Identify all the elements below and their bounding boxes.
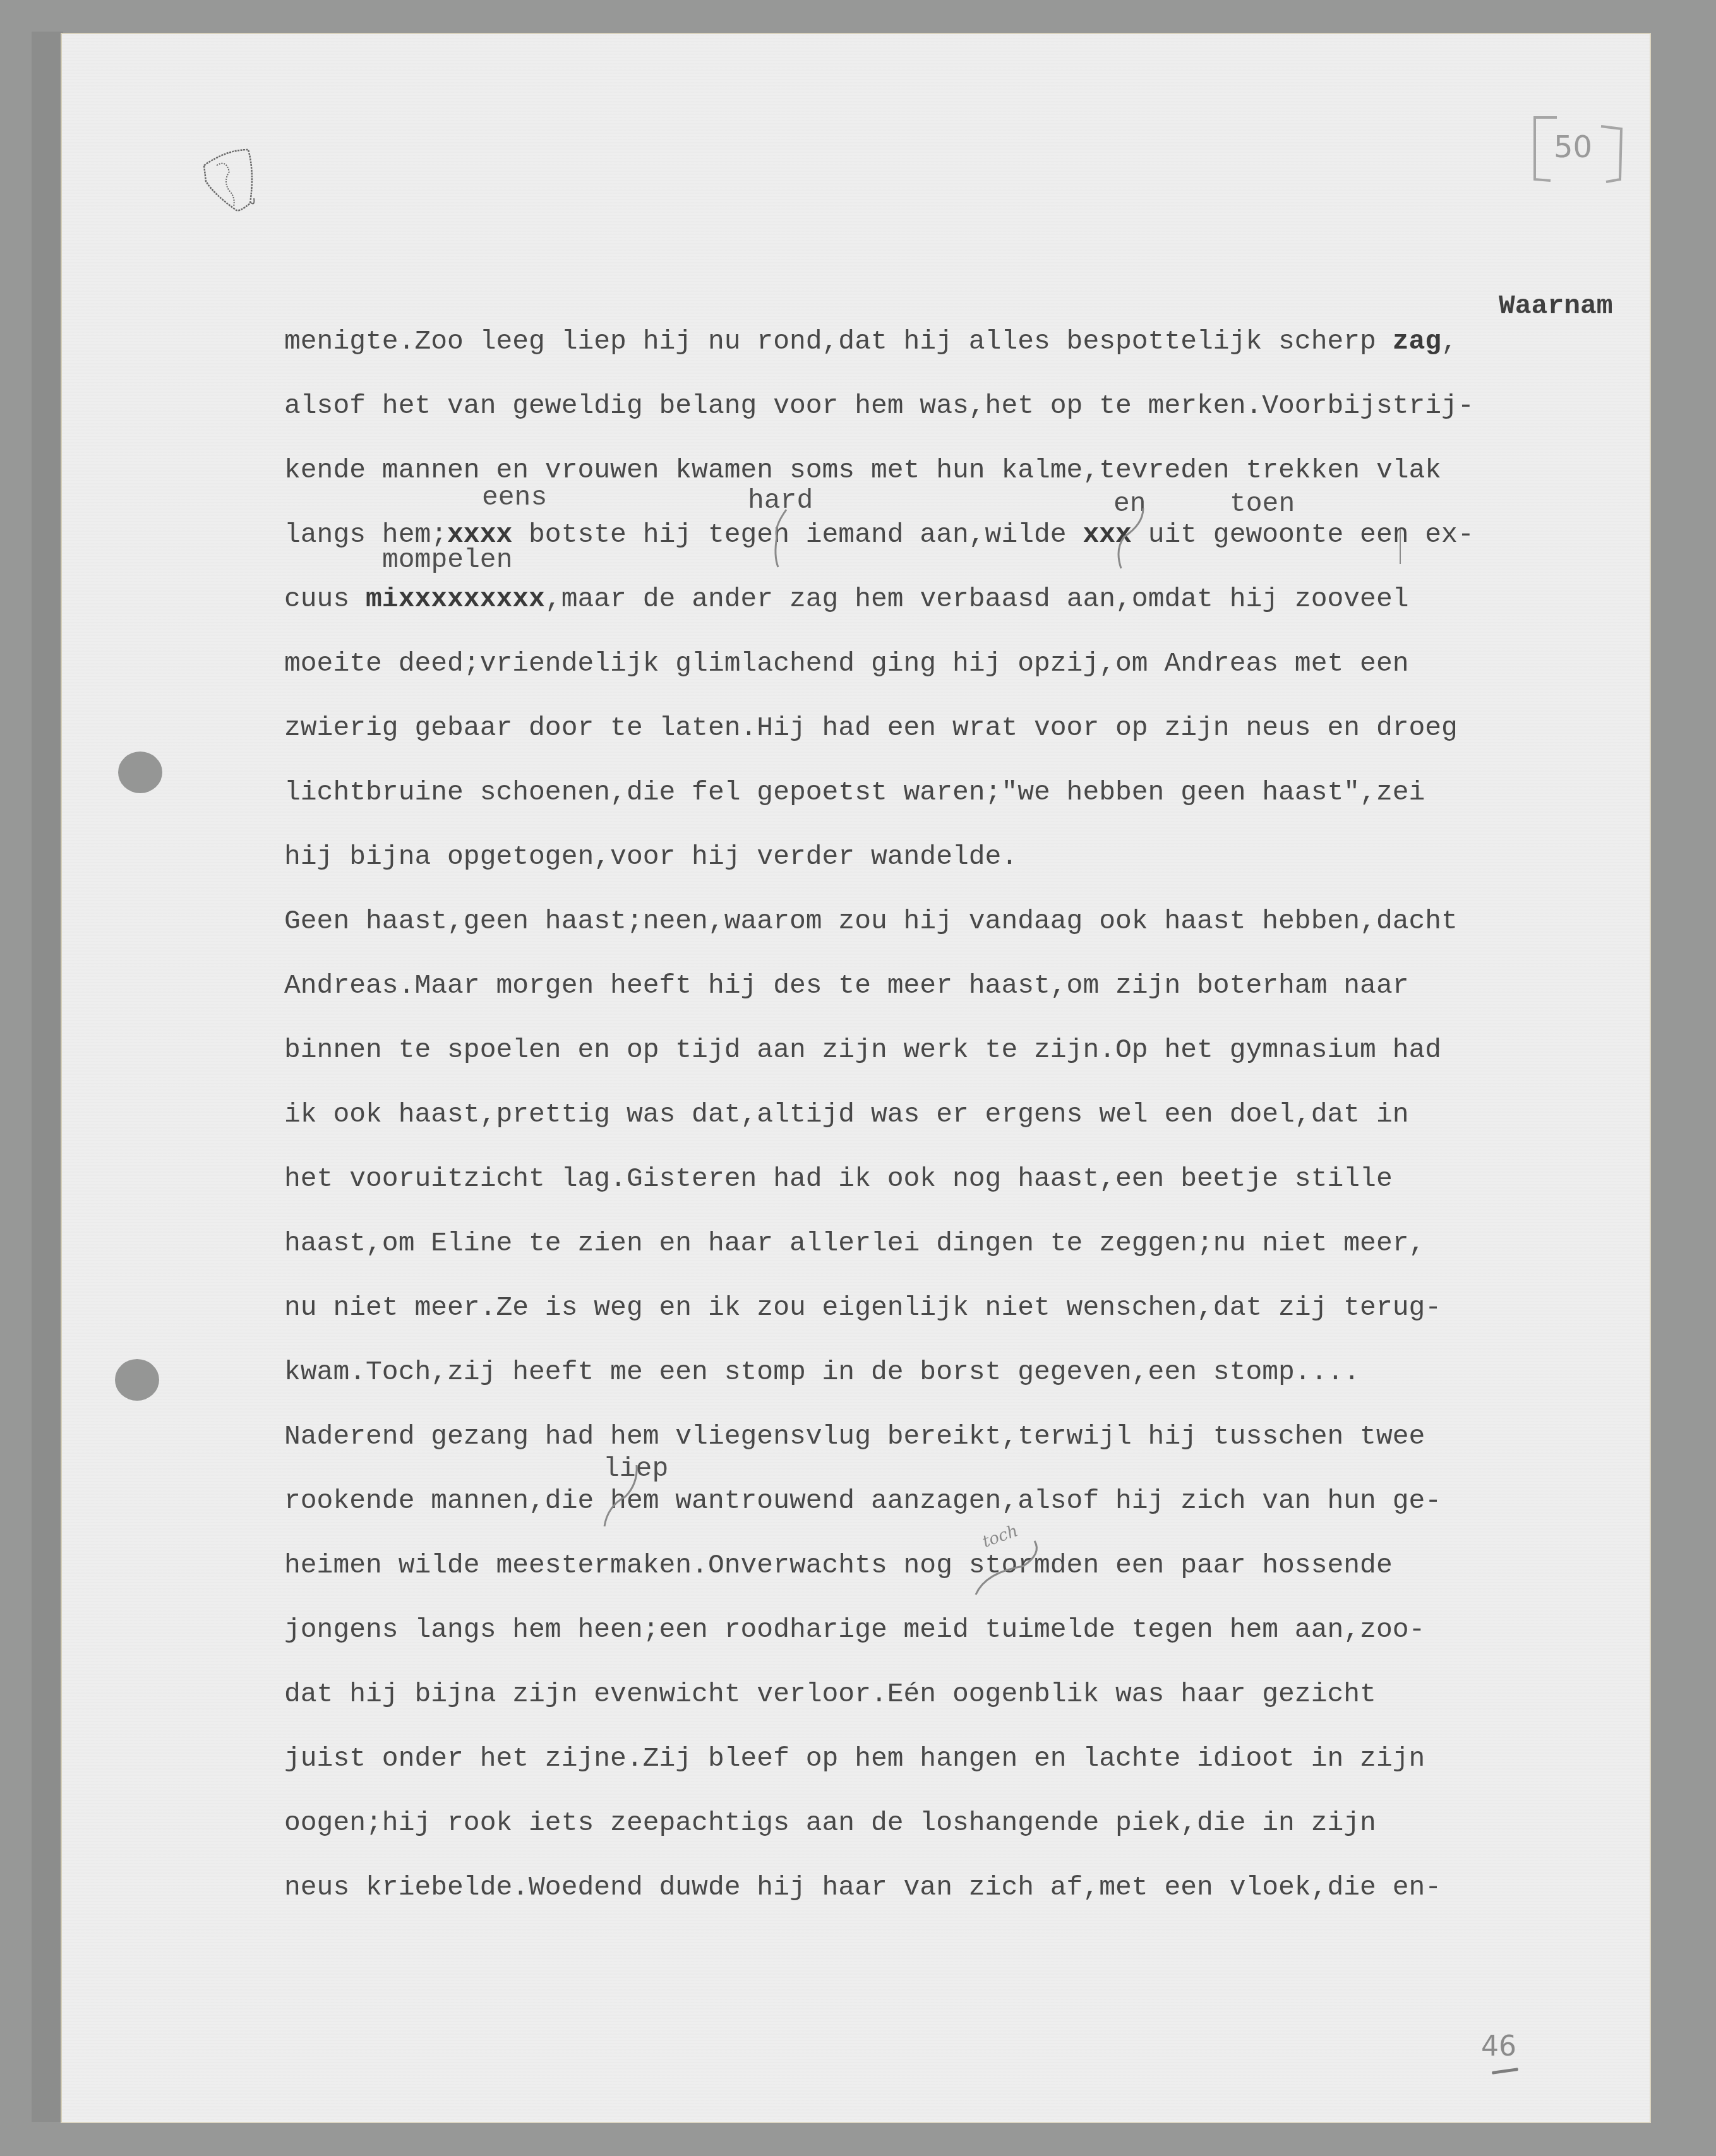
line-text: , (1441, 326, 1458, 357)
punch-hole-top (118, 752, 162, 793)
line-text: kwam.Toch,zij heeft me een stomp in de b… (284, 1356, 1360, 1387)
typed-line: cuus mixxxxxxxxx,maar de ander zag hem v… (284, 584, 1409, 615)
typed-line: neus kriebelde.Woedend duwde hij haar va… (284, 1872, 1441, 1903)
line-text: lichtbruine schoenen,die fel gepoetst wa… (284, 777, 1425, 808)
interlinear-liep: liep (603, 1453, 668, 1485)
struck-out-text: xxx (1083, 519, 1131, 550)
struck-out-text: mixxxxxxxxx (366, 584, 545, 614)
typed-line: moeite deed;vriendelijk glimlachend ging… (284, 648, 1409, 680)
line-text: binnen te spoelen en op tijd aan zijn we… (284, 1034, 1441, 1065)
shield-stamp-icon (201, 147, 258, 213)
interlinear-hard: hard (748, 485, 813, 517)
typed-line: Naderend gezang had hem vliegensvlug ber… (284, 1421, 1425, 1452)
scanner-background (32, 32, 63, 2122)
typed-line: hij bijna opgetogen,voor hij verder wand… (284, 841, 1017, 873)
line-text: heimen wilde meestermaken.Onverwachts no… (284, 1550, 1393, 1581)
line-text: menigte.Zoo leeg liep hij nu rond,dat hi… (284, 326, 1393, 357)
typed-line: juist onder het zijne.Zij bleef op hem h… (284, 1743, 1425, 1775)
interlinear-waarnam: Waarnam (1499, 290, 1613, 322)
interlinear-en: en (1113, 488, 1146, 520)
line-text: ,maar de ander zag hem verbaasd aan,omda… (545, 584, 1409, 614)
line-text: uit gewoonte een ex- (1132, 519, 1474, 550)
folio-number: 46 (1481, 2030, 1516, 2063)
typed-line: alsof het van geweldig belang voor hem w… (284, 390, 1474, 422)
line-text: langs hem; (284, 519, 447, 550)
archive-page-number: 50 (1554, 129, 1592, 165)
line-text: alsof het van geweldig belang voor hem w… (284, 390, 1474, 421)
line-text: rookende mannen,die hem wantrouwend aanz… (284, 1485, 1441, 1516)
typed-line: binnen te spoelen en op tijd aan zijn we… (284, 1034, 1441, 1066)
typed-line: rookende mannen,die hem wantrouwend aanz… (284, 1485, 1441, 1517)
line-text: kende mannen en vrouwen kwamen soms met … (284, 455, 1441, 486)
line-text: het vooruitzicht lag.Gisteren had ik ook… (284, 1163, 1393, 1194)
struck-out-text: xxxx (447, 519, 512, 550)
line-text: hij bijna opgetogen,voor hij verder wand… (284, 841, 1017, 872)
typed-line: kende mannen en vrouwen kwamen soms met … (284, 455, 1441, 486)
typed-line: haast,om Eline te zien en haar allerlei … (284, 1228, 1425, 1259)
interlinear-toen: toen (1230, 488, 1295, 520)
typed-line: lichtbruine schoenen,die fel gepoetst wa… (284, 777, 1425, 808)
typed-line: zwierig gebaar door te laten.Hij had een… (284, 712, 1458, 744)
line-text: ik ook haast,prettig was dat,altijd was … (284, 1099, 1409, 1130)
typed-line: ik ook haast,prettig was dat,altijd was … (284, 1099, 1409, 1130)
typed-line: Andreas.Maar morgen heeft hij des te mee… (284, 970, 1409, 1002)
typed-line: heimen wilde meestermaken.Onverwachts no… (284, 1550, 1393, 1581)
line-text: oogen;hij rook iets zeepachtigs aan de l… (284, 1807, 1376, 1838)
line-text: Naderend gezang had hem vliegensvlug ber… (284, 1421, 1425, 1452)
typed-line: menigte.Zoo leeg liep hij nu rond,dat hi… (284, 326, 1458, 357)
line-text: Geen haast,geen haast;neen,waarom zou hi… (284, 906, 1458, 937)
typed-line: dat hij bijna zijn evenwicht verloor.Eén… (284, 1679, 1376, 1710)
line-text: botste hij tegen iemand aan,wilde (512, 519, 1083, 550)
typed-line: jongens langs hem heen;een roodharige me… (284, 1614, 1425, 1646)
line-text: jongens langs hem heen;een roodharige me… (284, 1614, 1425, 1645)
line-text: haast,om Eline te zien en haar allerlei … (284, 1228, 1425, 1259)
struck-out-text: zag (1393, 326, 1441, 357)
punch-hole-bottom (115, 1359, 159, 1401)
line-text: juist onder het zijne.Zij bleef op hem h… (284, 1743, 1425, 1774)
typed-line: het vooruitzicht lag.Gisteren had ik ook… (284, 1163, 1393, 1195)
line-text: moeite deed;vriendelijk glimlachend ging… (284, 648, 1409, 679)
line-text: Andreas.Maar morgen heeft hij des te mee… (284, 970, 1409, 1001)
typed-line: nu niet meer.Ze is weg en ik zou eigenli… (284, 1292, 1441, 1324)
interlinear-eens: eens (482, 482, 547, 513)
typed-line: kwam.Toch,zij heeft me een stomp in de b… (284, 1356, 1360, 1388)
typed-line: Geen haast,geen haast;neen,waarom zou hi… (284, 906, 1458, 937)
line-text: zwierig gebaar door te laten.Hij had een… (284, 712, 1458, 743)
typed-line: langs hem;xxxx botste hij tegen iemand a… (284, 519, 1474, 551)
line-text: dat hij bijna zijn evenwicht verloor.Eén… (284, 1679, 1376, 1710)
line-text: cuus (284, 584, 366, 614)
typed-line: oogen;hij rook iets zeepachtigs aan de l… (284, 1807, 1376, 1839)
line-text: nu niet meer.Ze is weg en ik zou eigenli… (284, 1292, 1441, 1323)
line-text: neus kriebelde.Woedend duwde hij haar va… (284, 1872, 1441, 1903)
